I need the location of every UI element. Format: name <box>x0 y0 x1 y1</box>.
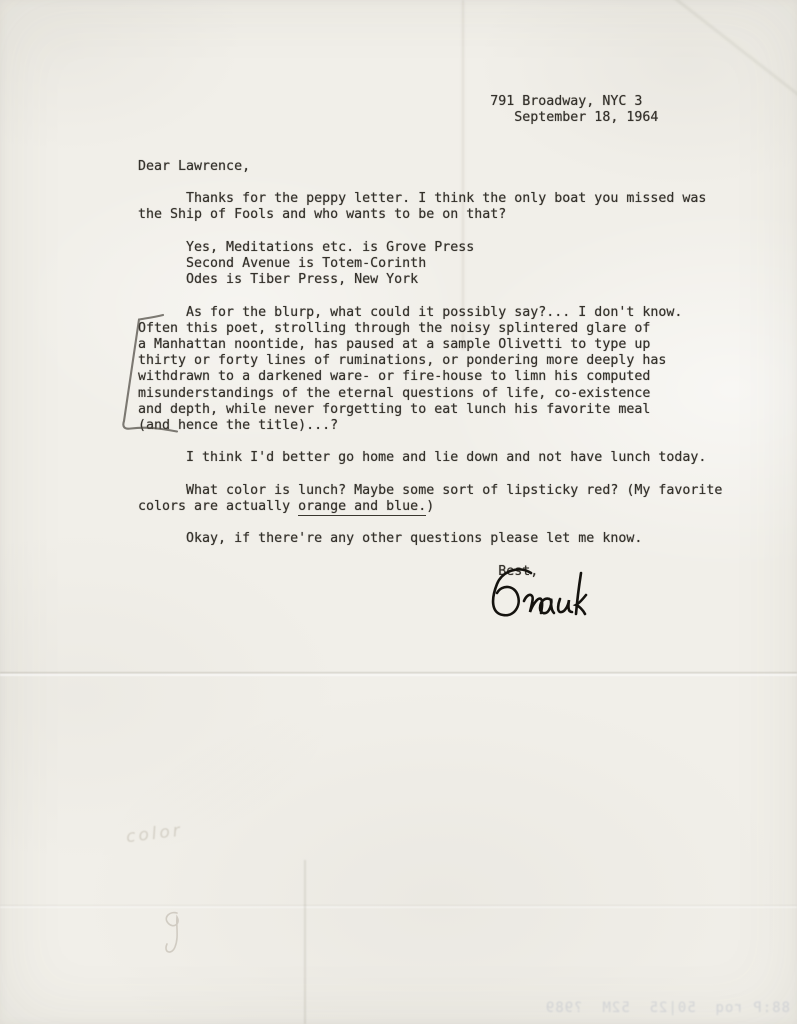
letter-line: Dear Lawrence, <box>138 159 722 175</box>
letter-line: Thanks for the peppy letter. I think the… <box>138 191 722 207</box>
letter-line: thirty or forty lines of ruminations, or… <box>138 353 722 369</box>
letter-line: Yes, Meditations etc. is Grove Press <box>138 240 722 256</box>
lower-fold-crease <box>0 905 797 908</box>
letter-text-segment: colors are actually <box>138 499 298 514</box>
letter-line: Second Avenue is Totem-Corinth <box>138 256 722 272</box>
letter-line <box>138 224 722 240</box>
letter-line <box>138 515 722 531</box>
letter-line <box>138 143 722 159</box>
letter-line: withdrawn to a darkened ware- or fire-ho… <box>138 369 722 385</box>
letter-line: September 18, 1964 <box>138 110 722 126</box>
bleed-through-text: 88:P roq 50|25 52M ?989 <box>470 1000 790 1016</box>
letter-line: 791 Broadway, NYC 3 <box>138 94 722 110</box>
letter-line <box>138 434 722 450</box>
horizontal-fold-crease <box>0 672 797 676</box>
letter-line: I think I'd better go home and lie down … <box>138 450 722 466</box>
vertical-crease-bottom <box>304 860 306 1024</box>
letter-line: Best, <box>138 564 722 580</box>
pencil-squiggle <box>166 913 178 952</box>
letter-line: Often this poet, strolling through the n… <box>138 321 722 337</box>
letter-line: What color is lunch? Maybe some sort of … <box>138 483 722 499</box>
letter-line <box>138 126 722 142</box>
letter-line <box>138 175 722 191</box>
letter-line <box>138 467 722 483</box>
letter-line: the Ship of Fools and who wants to be on… <box>138 207 722 223</box>
letter-line: and depth, while never forgetting to eat… <box>138 402 722 418</box>
letter-line: Okay, if there're any other questions pl… <box>138 531 722 547</box>
letter-line <box>138 548 722 564</box>
letter-line: As for the blurp, what could it possibly… <box>138 305 722 321</box>
letter-text-segment: ) <box>426 499 434 514</box>
letter-line: Odes is Tiber Press, New York <box>138 272 722 288</box>
letter-page: 791 Broadway, NYC 3 September 18, 1964De… <box>0 0 797 1024</box>
letter-line: (and hence the title)...? <box>138 418 722 434</box>
letter-line <box>138 288 722 304</box>
pencil-margin-note: color <box>125 821 184 848</box>
underlined-phrase: orange and blue. <box>298 499 426 516</box>
letter-line: misunderstandings of the eternal questio… <box>138 386 722 402</box>
letter-line: colors are actually orange and blue.) <box>138 499 722 515</box>
letter-text: 791 Broadway, NYC 3 September 18, 1964De… <box>138 94 722 580</box>
letter-line: a Manhattan noontide, has paused at a sa… <box>138 337 722 353</box>
